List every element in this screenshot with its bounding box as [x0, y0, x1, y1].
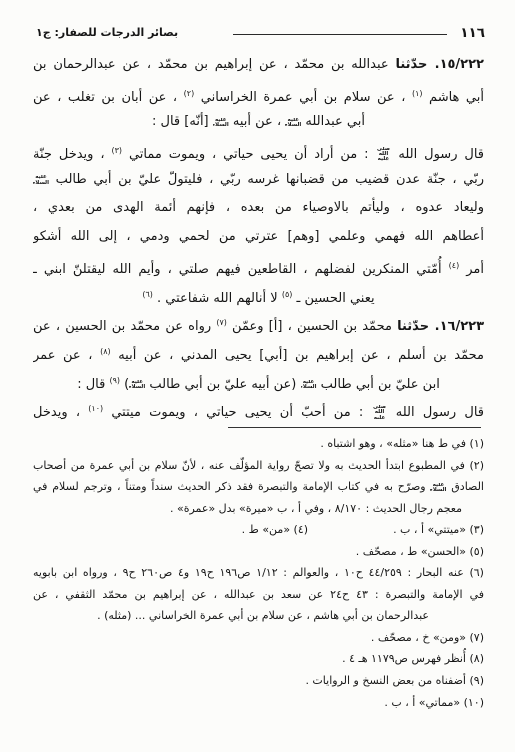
footnote-line: (١٠) «مماتي» أ ، ب . [33, 692, 484, 714]
book-title: بصائر الدرجات للصفار: ج١ [36, 26, 178, 39]
hadith-number-bold: ١٦/٢٢٣. حدّثنا [397, 319, 484, 334]
footnote-ref-marker: (٦) [142, 290, 153, 299]
footnote-ref-marker: (٨) [100, 347, 111, 356]
honorific-stamp-icon: عليه السلام [129, 380, 145, 390]
body-line: أبي عبدالله عليه السلام ، عن أبيه عليه ا… [33, 108, 484, 137]
body-line: قال رسول الله صلى الله عليه وآله : من أح… [33, 395, 484, 424]
footnote-line: في الإمامة والتبصرة : ٤٣ ح٢٤ عن سعد بن ع… [33, 584, 484, 606]
honorific-stamp-icon: صلى الله عليه وآله [372, 405, 388, 419]
footnote-separator-rule [228, 427, 481, 428]
footnote-line: معجم رجال الحديث : ٨/١٧٠ ، وفي أ ، ب «مي… [33, 498, 484, 520]
body-line: محمّد بن أسلم ، عن إبراهيم بن [أبي] يحيى… [33, 338, 484, 367]
honorific-stamp-icon: عليه السلام [430, 483, 446, 493]
footnote-line: عبدالرحمان بن أبي هاشم ، عن سلام بن أبي … [33, 605, 484, 627]
body-line: أمر (٤) أُمّتي المنكرين لفضلهم ، القاطعي… [33, 252, 484, 281]
page-number: ١١٦ [460, 25, 485, 41]
honorific-stamp-icon: عليه السلام [285, 118, 301, 128]
body-line: ١٥/٢٢٢. حدّثنا عبدالله بن محمّد ، عن إبر… [33, 51, 484, 80]
footnote-line: (٩) أضفناه من بعض النسخ و الروايات . [33, 670, 484, 692]
footnote-line: (٦) عنه البحار : ٤٤/٢٥٩ ح١٠ ، والعوالم :… [33, 562, 484, 584]
body-line: أعطاهم الله فهمي وعلمي [وهم] عترتي من لح… [33, 223, 484, 252]
body-line: قال رسول الله صلى الله عليه وآله : من أر… [33, 137, 484, 166]
footnote-ref-marker: (١٠) [88, 404, 103, 413]
hadith-number-bold: ١٥/٢٢٢. حدّثنا [395, 57, 484, 72]
footnote-line: (٣) «ميتتي» أ ، ب .(٤) «من» ط . [33, 519, 484, 541]
footnote-line: (٥) «الحسن» ط ، مصحّف . [33, 541, 484, 563]
footnote-ref-marker: (٥) [282, 290, 293, 299]
body-line: ربّي ، جنّة عدن قضيب من قضبانها غرسه ربّ… [33, 166, 484, 195]
footnote-ref-marker: (٢) [184, 89, 195, 98]
footnote-line: (١) في ط هنا «مثله» ، وهو اشتباه . [33, 433, 484, 455]
honorific-stamp-icon: عليه السلام [33, 175, 49, 185]
hadith-body-text: ١٥/٢٢٢. حدّثنا عبدالله بن محمّد ، عن إبر… [33, 51, 484, 424]
honorific-stamp-icon: عليه السلام [301, 380, 317, 390]
body-line: ابن عليّ بن أبي طالب عليه السلام (عن أبي… [33, 367, 484, 396]
footnote-line: الصادق عليه السلام وصرّح به في كتاب الإم… [33, 476, 484, 498]
body-line: وليعاد عدوه ، وليأتم بالاوصياء من بعده ،… [33, 194, 484, 223]
footnote-ref-marker: (٣) [111, 146, 122, 155]
footnote-line: (٨) أُنظر فهرس ص١١٧٩ هـ ٤ . [33, 648, 484, 670]
footnote-ref-marker: (٧) [216, 318, 227, 327]
footnote-ref-marker: (٩) [109, 376, 120, 385]
footnote-line: (٧) «ومن» خ ، مصحّف . [33, 627, 484, 649]
body-line: ١٦/٢٢٣. حدّثنا محمّد بن الحسين ، [أ] وعم… [33, 309, 484, 338]
honorific-stamp-icon: صلى الله عليه وآله [375, 147, 391, 161]
footnote-line: (٢) في المطبوع ابتدأ الحديث به ولا تصحّ … [33, 455, 484, 477]
footnote-ref-marker: (١) [412, 89, 423, 98]
body-line: أبي هاشم (١) ، عن سلام بن أبي عمرة الخرا… [33, 80, 484, 109]
header-rule [233, 34, 447, 35]
body-line: يعني الحسين ـ (٥) لا أنالهم الله شفاعتي … [33, 281, 484, 310]
footnote-ref-marker: (٤) [449, 261, 460, 270]
book-page: ١١٦ بصائر الدرجات للصفار: ج١ ١٥/٢٢٢. حدّ… [0, 0, 515, 752]
footnotes-block: (١) في ط هنا «مثله» ، وهو اشتباه .(٢) في… [33, 433, 484, 713]
honorific-stamp-icon: عليه السلام [213, 118, 229, 128]
